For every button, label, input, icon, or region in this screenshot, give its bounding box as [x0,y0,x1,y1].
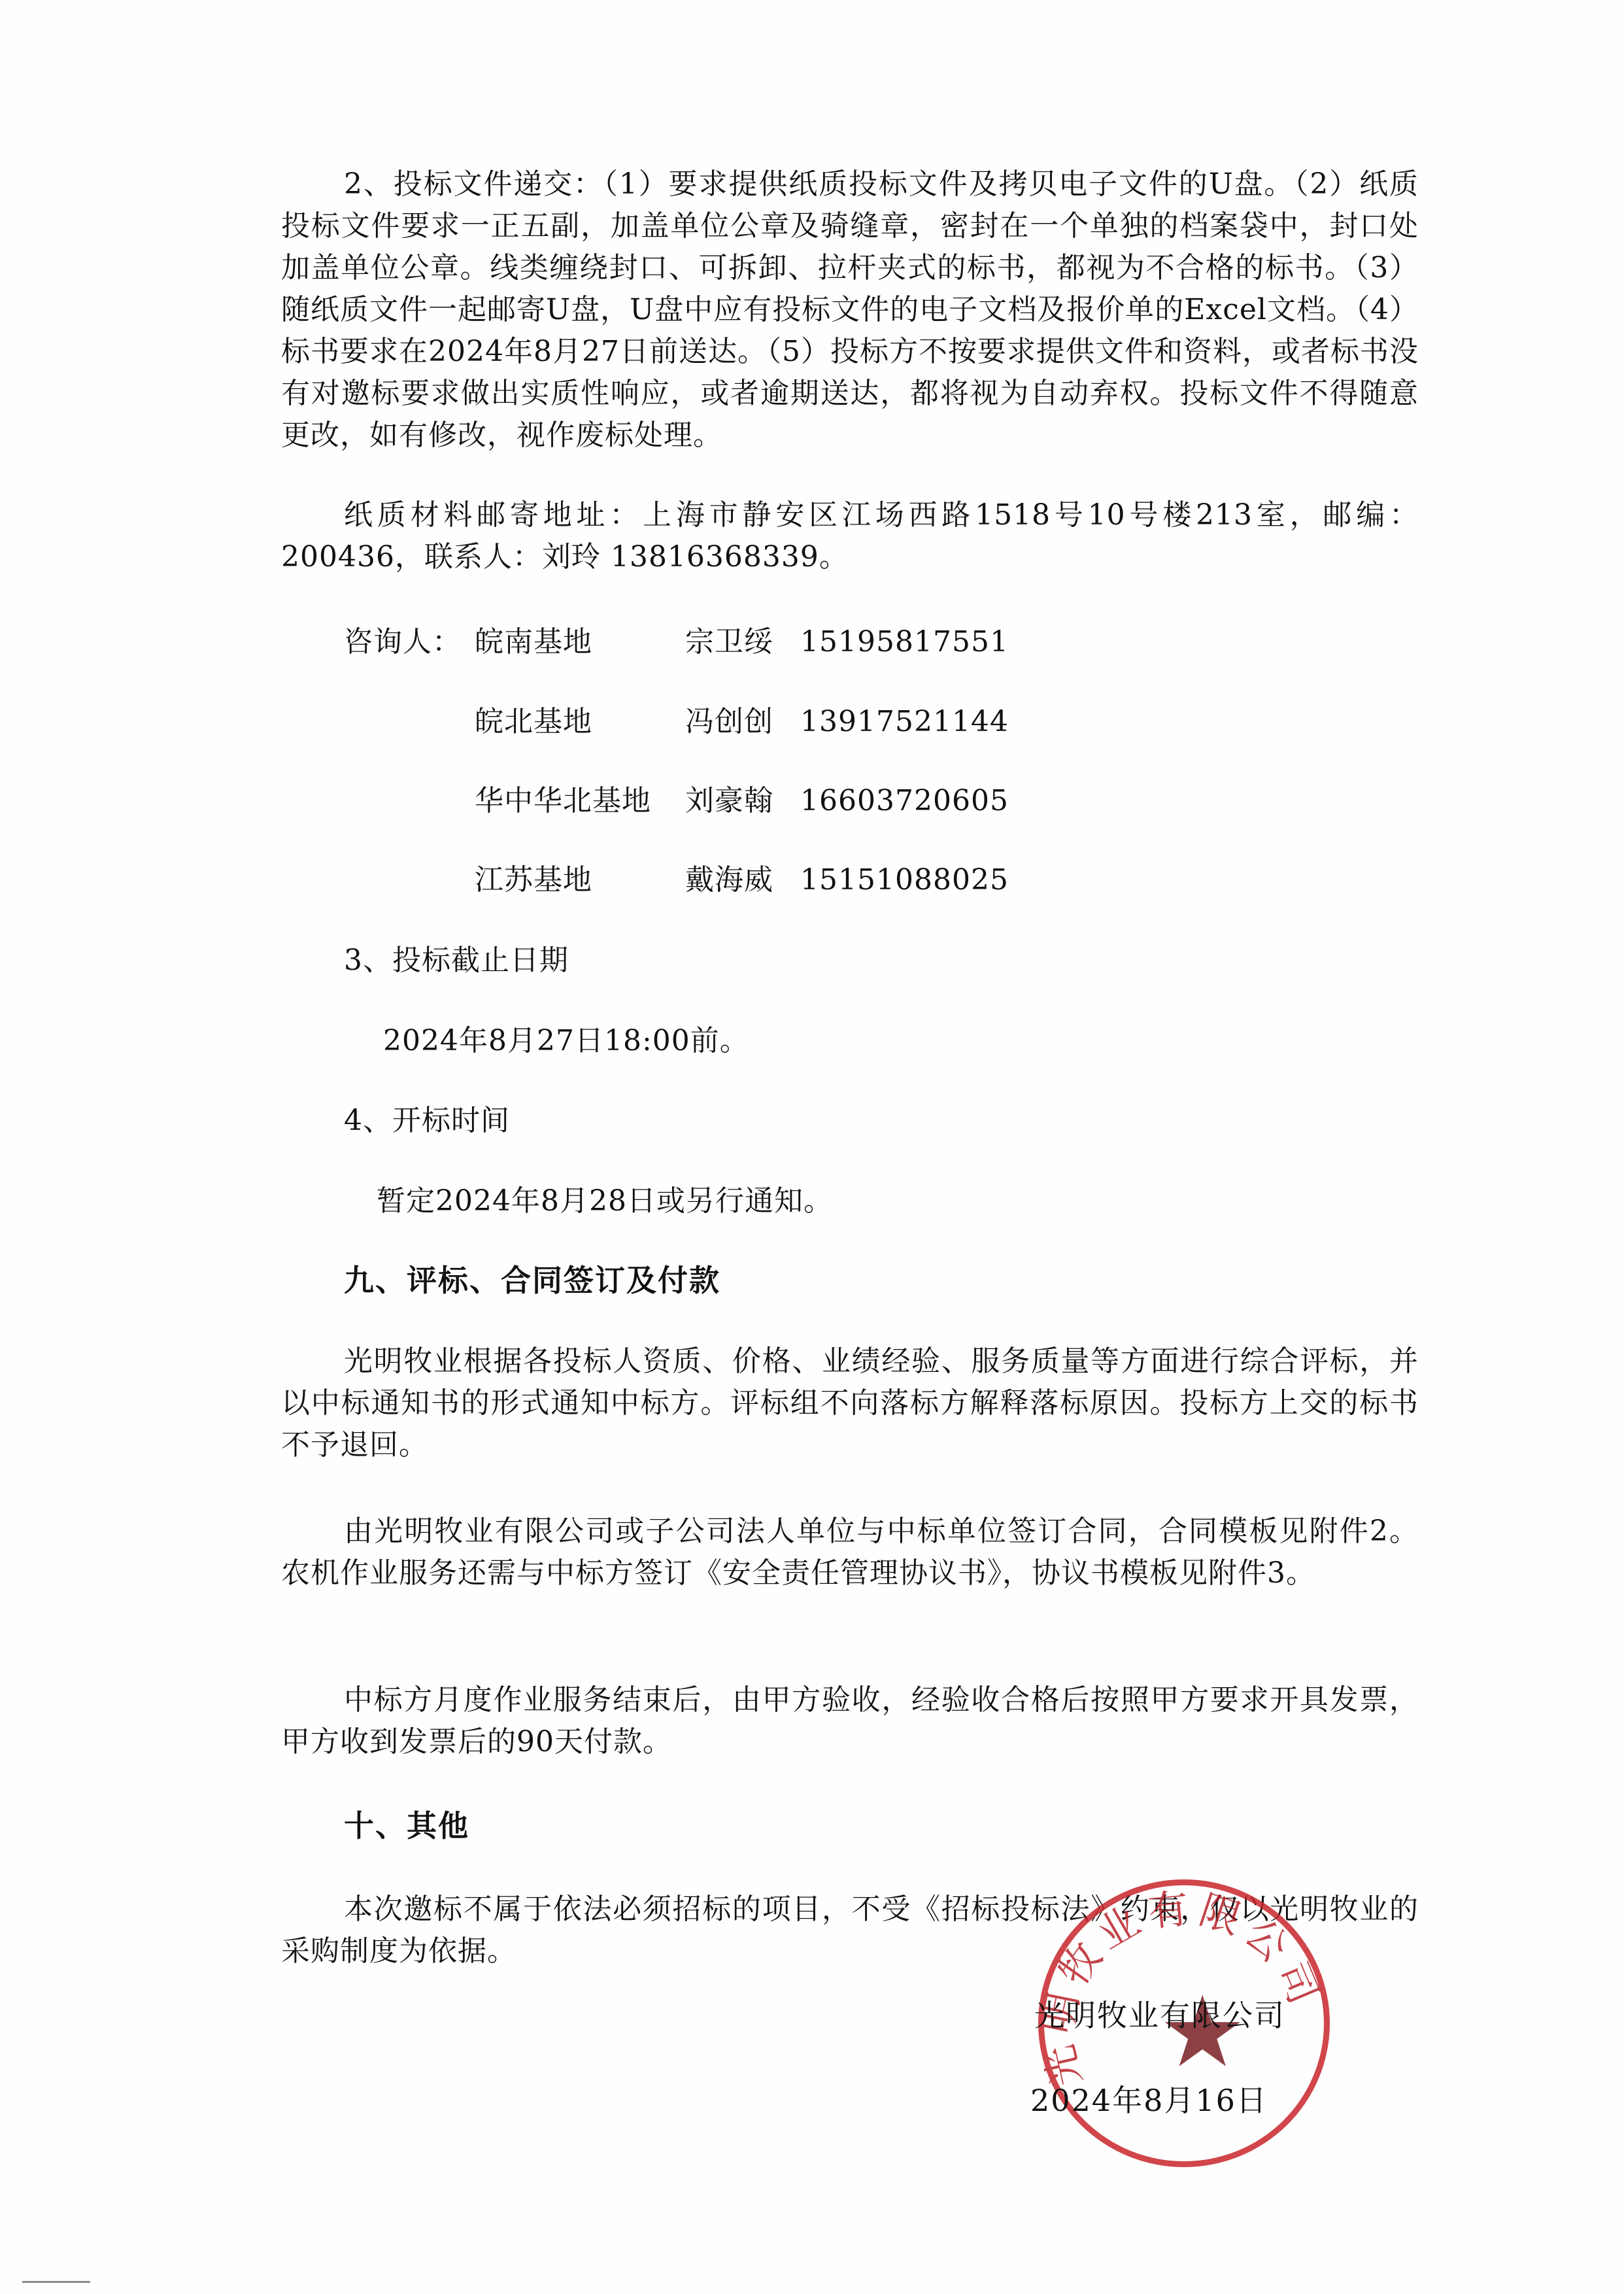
consultant-name: 戴海威 [685,859,773,901]
section-3-content: 2024年8月27日18:00前。 [383,1020,749,1062]
consultant-base: 华中华北基地 [475,780,651,822]
consultant-row: 江苏基地 戴海威 15151088025 [0,859,1624,901]
chapter-9-paragraph: 由光明牧业有限公司或子公司法人单位与中标单位签订合同，合同模板见附件2。农机作业… [281,1511,1419,1594]
consultant-row: 华中华北基地 刘豪翰 16603720605 [0,780,1624,822]
consultant-row: 咨询人： 皖南基地 宗卫绥 15195817551 [0,621,1624,663]
section-2-paragraph: 2、投标文件递交：（1）要求提供纸质投标文件及拷贝电子文件的U盘。（2）纸质投标… [281,163,1419,456]
chapter-10-title: 十、其他 [344,1805,469,1847]
document-page: 2、投标文件递交：（1）要求提供纸质投标文件及拷贝电子文件的U盘。（2）纸质投标… [0,0,1624,2294]
consultant-row: 皖北基地 冯创创 13917521144 [0,701,1624,743]
chapter-9-paragraph: 光明牧业根据各投标人资质、价格、业绩经验、服务质量等方面进行综合评标，并以中标通… [281,1341,1419,1466]
consultant-name: 宗卫绥 [685,621,773,663]
chapter-9-paragraph: 中标方月度作业服务结束后，由甲方验收，经验收合格后按照甲方要求开具发票，甲方收到… [281,1679,1419,1763]
consultant-base: 皖北基地 [475,701,592,743]
page-edge-mark [22,2281,90,2283]
consultant-base: 江苏基地 [475,859,592,901]
section-3-title: 3、投标截止日期 [344,940,569,982]
consultant-base: 皖南基地 [475,621,592,663]
consultant-name: 冯创创 [685,701,773,743]
consultant-phone: 13917521144 [800,701,1009,743]
section-4-title: 4、开标时间 [344,1100,510,1142]
consultant-phone: 15195817551 [800,621,1009,663]
signature-company: 光明牧业有限公司 [1034,1994,1285,2036]
consultant-phone: 15151088025 [800,859,1009,901]
signature-date: 2024年8月16日 [1030,2080,1268,2121]
consultant-phone: 16603720605 [800,780,1009,822]
chapter-9-title: 九、评标、合同签订及付款 [344,1259,720,1301]
section-4-content: 暂定2024年8月28日或另行通知。 [377,1180,833,1222]
consultants-label: 咨询人： [344,621,462,663]
mailing-address-paragraph: 纸质材料邮寄地址：上海市静安区江场西路1518号10号楼213室，邮编：2004… [281,494,1419,578]
consultant-name: 刘豪翰 [685,780,773,822]
